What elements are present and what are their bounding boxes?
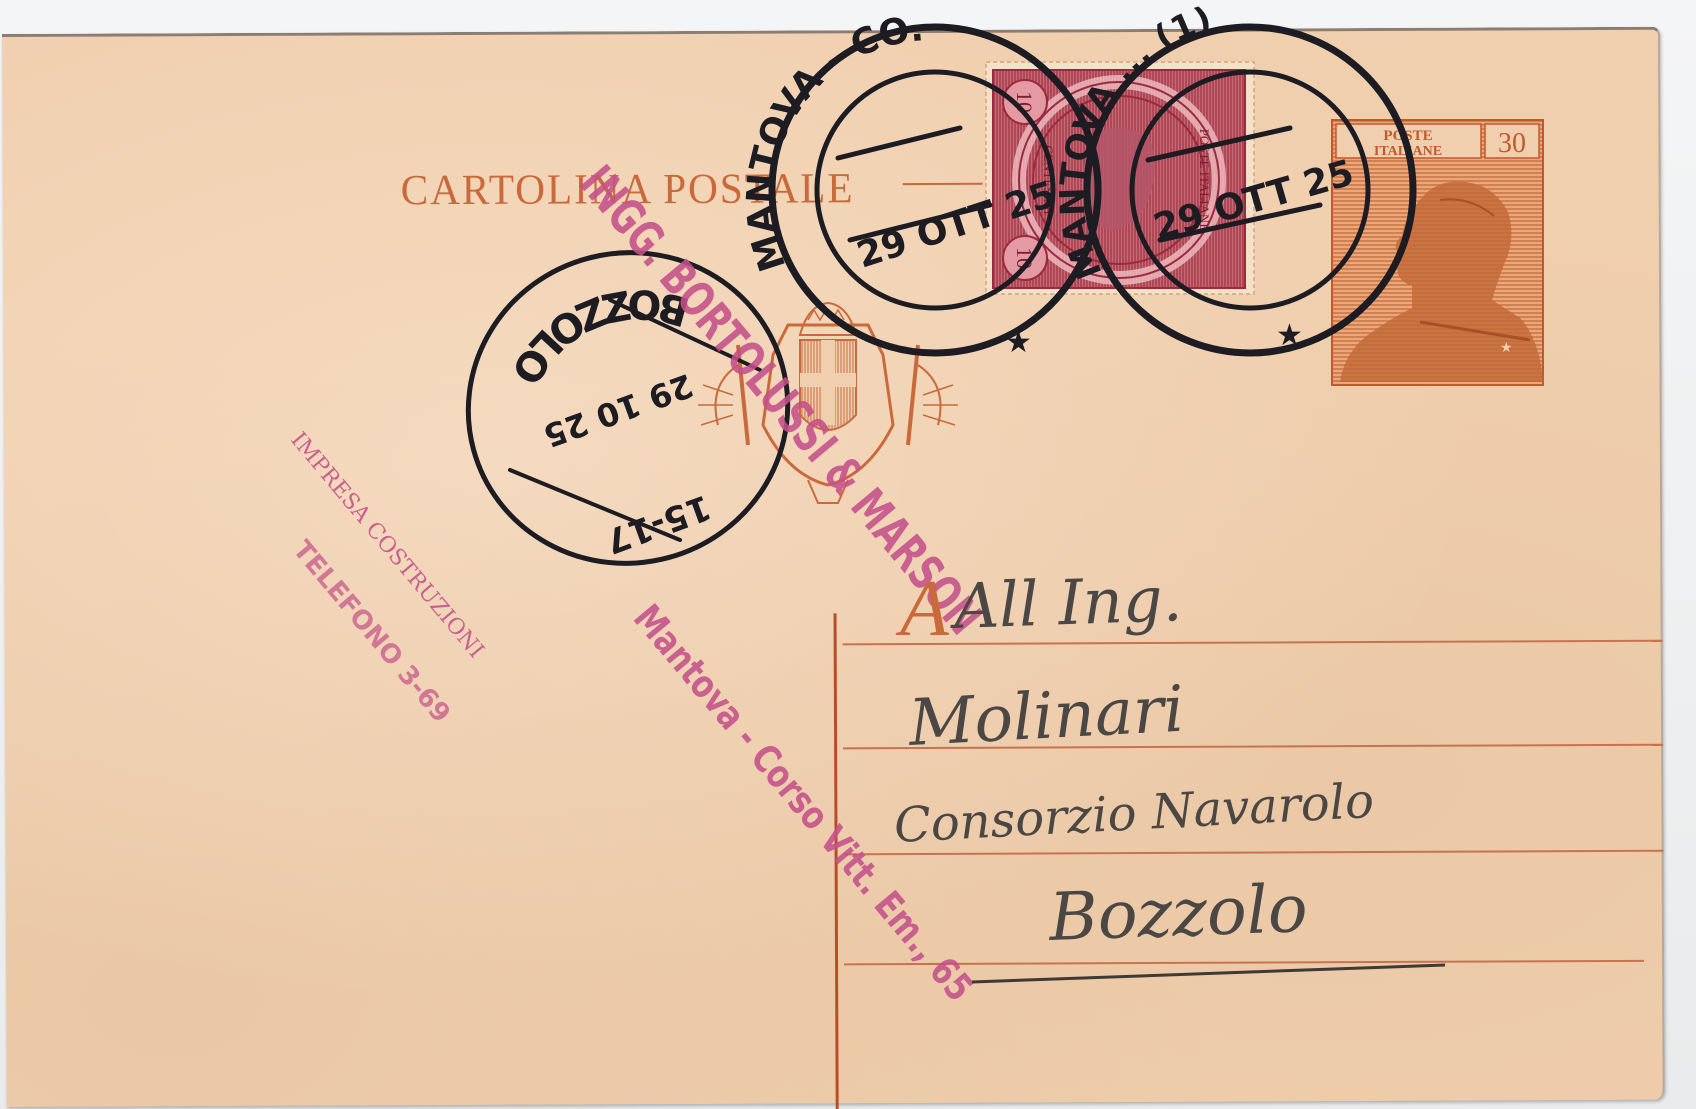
stamp-denomination-30: 30	[1498, 128, 1526, 159]
postmark-star-icon: ★	[1276, 319, 1303, 352]
title-rule	[903, 183, 983, 185]
address-line-3	[844, 850, 1664, 855]
printed-calligraphic-a: A	[895, 565, 950, 653]
postmark-star-icon: ★	[1005, 326, 1032, 359]
address-recipient-title: All Ing.	[948, 562, 1183, 643]
address-town: Bozzolo	[1047, 870, 1309, 956]
svg-text:★: ★	[1500, 341, 1513, 356]
address-recipient-name: Molinari	[906, 673, 1186, 761]
